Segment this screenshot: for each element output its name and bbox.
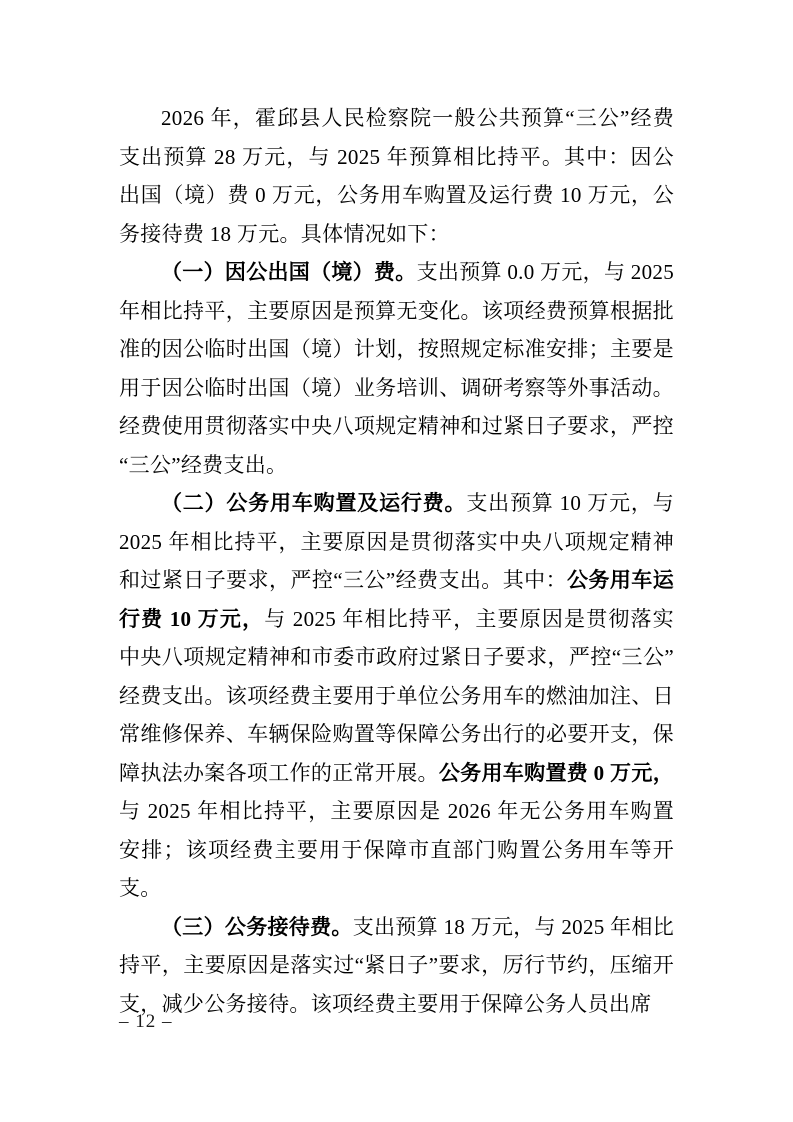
bold-text-segment: （一）因公出国（境）费。 bbox=[161, 260, 417, 284]
text-segment: 支出预算 0.0 万元，与 2025 年相比持平，主要原因是预算无变化。该项经费… bbox=[119, 260, 674, 477]
paragraph-intro: 2026 年，霍邱县人民检察院一般公共预算“三公”经费支出预算 28 万元，与 … bbox=[119, 99, 674, 253]
paragraph-section-3-reception-expense: （三）公务接待费。支出预算 18 万元，与 2025 年相比持平，主要原因是落实… bbox=[119, 908, 674, 1024]
text-segment: 与 2025 年相比持平，主要原因是 2026 年无公务用车购置安排；该项经费主… bbox=[119, 799, 674, 900]
document-body: 2026 年，霍邱县人民检察院一般公共预算“三公”经费支出预算 28 万元，与 … bbox=[119, 99, 674, 1023]
bold-text-segment: （三）公务接待费。 bbox=[161, 915, 353, 939]
document-page: 2026 年，霍邱县人民检察院一般公共预算“三公”经费支出预算 28 万元，与 … bbox=[0, 0, 793, 1122]
page-number: – 12 – bbox=[119, 1008, 173, 1036]
paragraph-section-2-vehicle-expense: （二）公务用车购置及运行费。支出预算 10 万元，与 2025 年相比持平，主要… bbox=[119, 484, 674, 908]
bold-text-segment: 公务用车购置费 0 万元， bbox=[439, 761, 674, 785]
text-segment: 2026 年，霍邱县人民检察院一般公共预算“三公”经费支出预算 28 万元，与 … bbox=[119, 106, 674, 246]
bold-text-segment: （二）公务用车购置及运行费。 bbox=[161, 491, 466, 515]
text-segment: 与 2025 年相比持平，主要原因是贯彻落实中央八项规定精神和市委市政府过紧日子… bbox=[119, 607, 674, 785]
paragraph-section-1-abroad-expense: （一）因公出国（境）费。支出预算 0.0 万元，与 2025 年相比持平，主要原… bbox=[119, 253, 674, 484]
